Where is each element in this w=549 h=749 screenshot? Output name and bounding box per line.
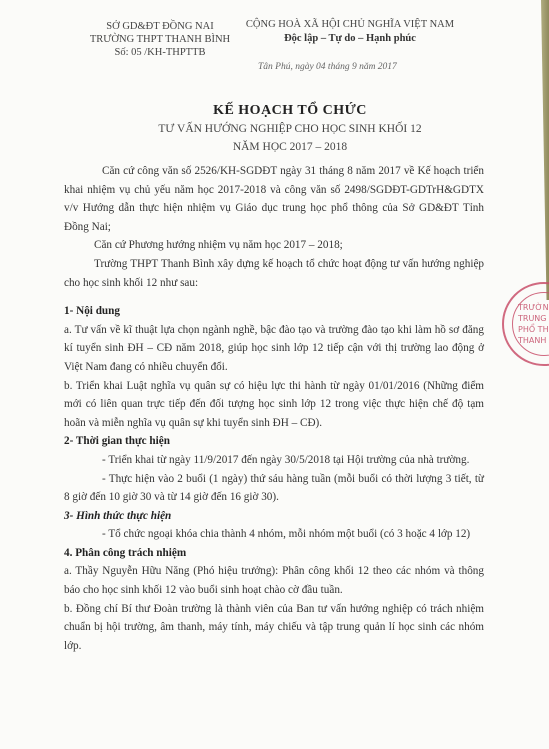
section-heading-format: 3- Hình thức thực hiện — [64, 507, 484, 526]
national-motto: Độc lập – Tự do – Hạnh phúc — [230, 32, 470, 46]
section-item: - Tổ chức ngoại khóa chia thành 4 nhóm, … — [64, 525, 484, 544]
section-item: - Thực hiện vào 2 buổi (1 ngày) thứ sáu … — [64, 470, 484, 507]
stamp-line: TRUNG H — [518, 313, 549, 324]
title-school-year: NĂM HỌC 2017 – 2018 — [90, 138, 490, 156]
department-name: SỞ GD&ĐT ĐỒNG NAI — [70, 20, 250, 33]
section-heading-content: 1- Nội dung — [64, 302, 484, 321]
section-item: a. Thầy Nguyễn Hữu Năng (Phó hiệu trưởng… — [64, 562, 484, 599]
section-item: a. Tư vấn về kĩ thuật lựa chọn ngành ngh… — [64, 321, 484, 377]
title-main: KẾ HOẠCH TỔ CHỨC — [90, 102, 490, 120]
section-item: - Triển khai từ ngày 11/9/2017 đến ngày … — [64, 451, 484, 470]
section-item: b. Đồng chí Bí thư Đoàn trường là thành … — [64, 600, 484, 656]
national-header: CỘNG HOÀ XÃ HỘI CHỦ NGHĨA VIỆT NAM Độc l… — [230, 18, 470, 46]
issuer-header: SỞ GD&ĐT ĐỒNG NAI TRƯỜNG THPT THANH BÌNH… — [70, 20, 250, 59]
title-subtitle: TƯ VẤN HƯỚNG NGHIỆP CHO HỌC SINH KHỐI 12 — [90, 120, 490, 138]
document-number: Số: 05 /KH-THPTTB — [70, 46, 250, 59]
stamp-line: TRƯỜNG — [518, 302, 549, 313]
preamble-paragraph: Căn cứ công văn số 2526/KH-SGDĐT ngày 31… — [64, 162, 484, 236]
document-title: KẾ HOẠCH TỔ CHỨC TƯ VẤN HƯỚNG NGHIỆP CHO… — [90, 102, 490, 156]
official-seal-stamp: TRƯỜNG TRUNG H PHỔ TH THANH — [502, 282, 549, 366]
preamble-paragraph: Trường THPT Thanh Bình xây dựng kế hoạch… — [64, 255, 484, 292]
school-name: TRƯỜNG THPT THANH BÌNH — [70, 33, 250, 46]
document-page: SỞ GD&ĐT ĐỒNG NAI TRƯỜNG THPT THANH BÌNH… — [0, 0, 549, 749]
stamp-text: TRƯỜNG TRUNG H PHỔ TH THANH — [518, 302, 549, 346]
preamble-paragraph: Căn cứ Phương hướng nhiệm vụ năm học 201… — [64, 236, 484, 255]
stamp-line: PHỔ TH — [518, 324, 549, 335]
national-title: CỘNG HOÀ XÃ HỘI CHỦ NGHĨA VIỆT NAM — [230, 18, 470, 32]
document-body: Căn cứ công văn số 2526/KH-SGDĐT ngày 31… — [64, 162, 484, 655]
section-item: b. Triển khai Luật nghĩa vụ quân sự có h… — [64, 377, 484, 433]
section-heading-timeline: 2- Thời gian thực hiện — [64, 432, 484, 451]
section-heading-responsibilities: 4. Phân công trách nhiệm — [64, 544, 484, 563]
issue-date: Tân Phú, ngày 04 tháng 9 năm 2017 — [258, 62, 397, 72]
stamp-line: THANH — [518, 335, 549, 346]
